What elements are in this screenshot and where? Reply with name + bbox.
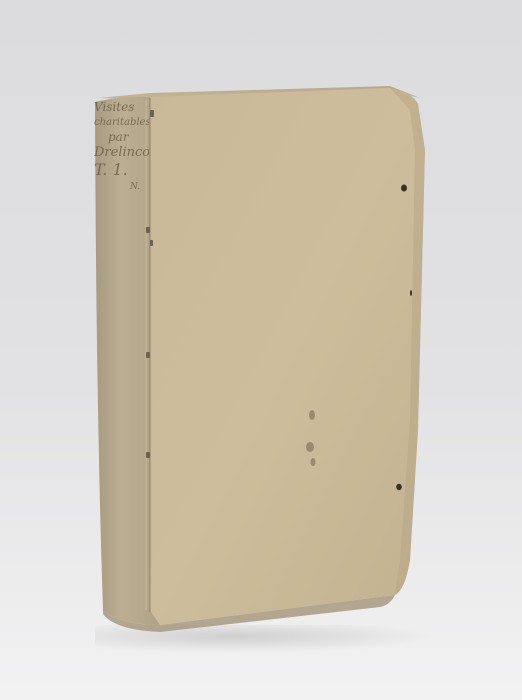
vellum-book	[0, 0, 522, 700]
spine-inscription: Visites charitables par Drelincour T. 1.…	[94, 100, 149, 195]
spine-line: N.	[94, 180, 149, 195]
spine-line: Visites	[94, 100, 149, 115]
spine-line: T. 1.	[94, 160, 149, 180]
photo-scene: Visites charitables par Drelincour T. 1.…	[0, 0, 522, 700]
front-cover	[150, 88, 425, 625]
spine-line: Drelincour	[94, 145, 149, 160]
spine-line: par	[94, 130, 149, 145]
spine-line: charitables	[94, 115, 149, 130]
